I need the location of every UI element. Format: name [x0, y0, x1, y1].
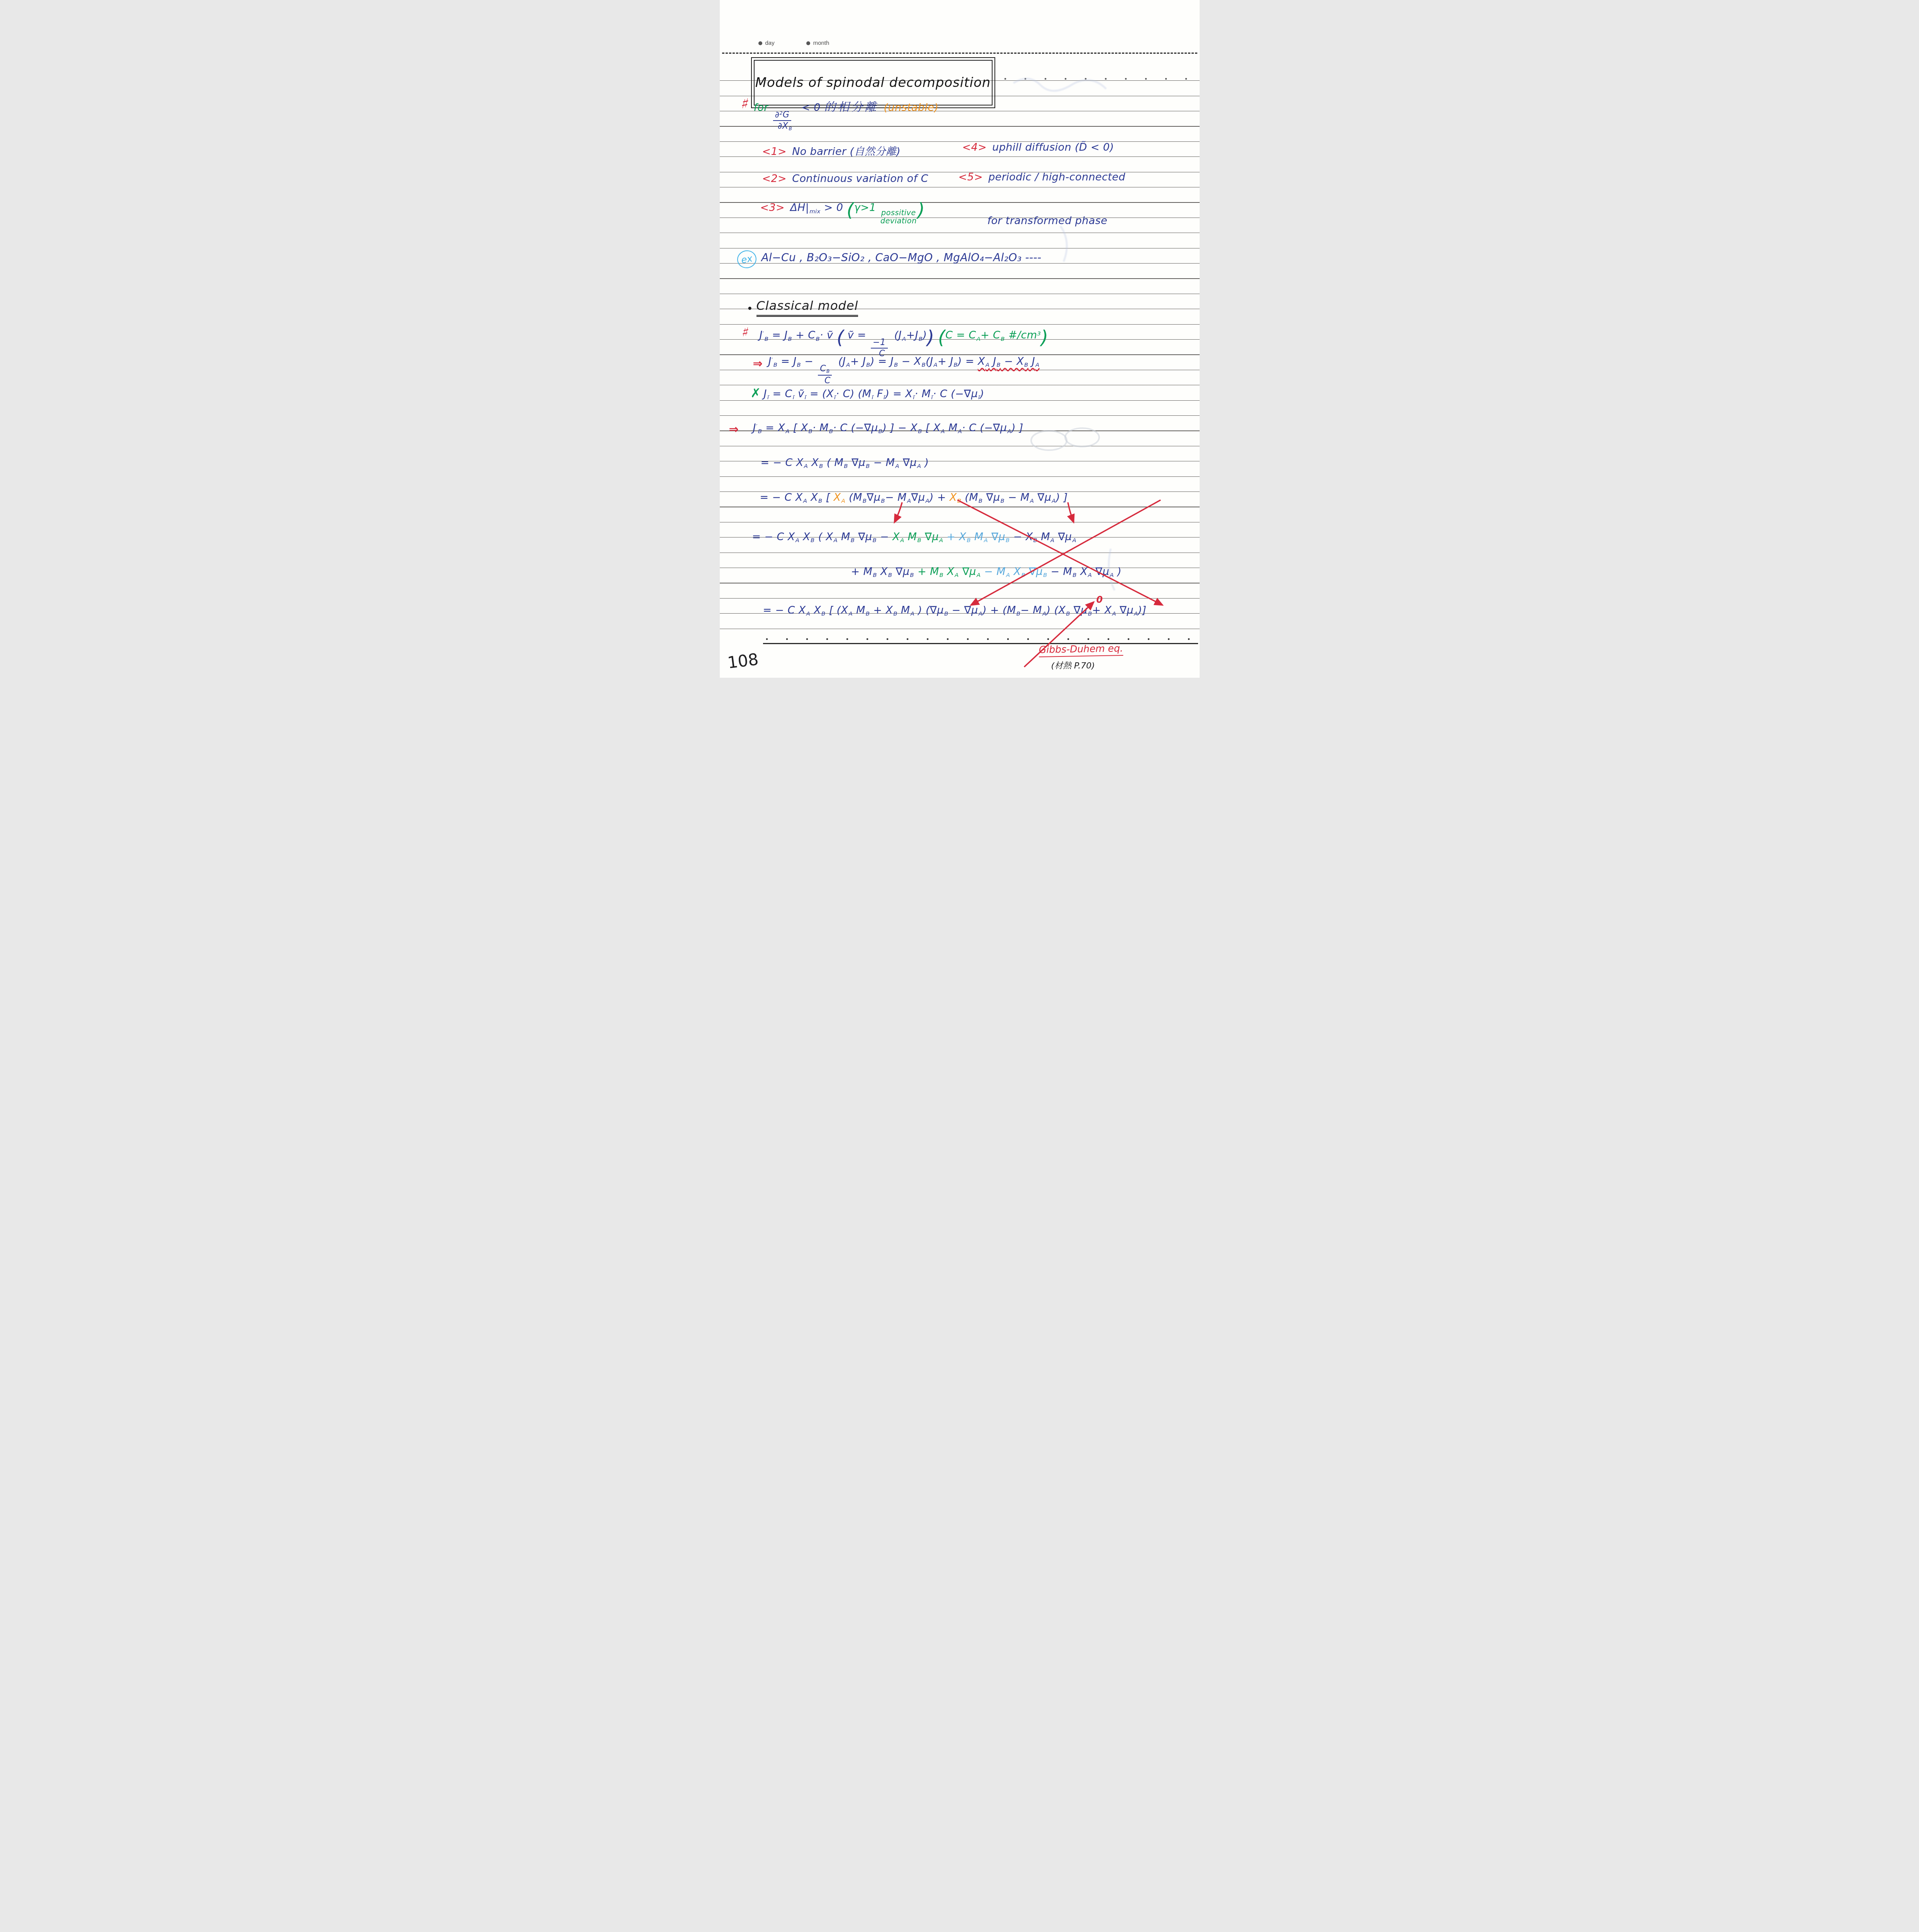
bullet-icon: •	[747, 302, 753, 315]
bottom-dotted-line	[765, 638, 1198, 641]
item-3-enthalpy: <3>ΔH|mix > 0 (γ>1 possitivedeviation)	[760, 199, 925, 225]
example-circle-label: ex	[736, 249, 758, 270]
item-5-continued: for transformed phase	[988, 215, 1108, 227]
eq-final-grouped: = − C XA XB [ (XA MB + XB MA ) (∇μB − ∇μ…	[763, 604, 1147, 617]
day-label: day	[765, 40, 775, 46]
cross-cancel-arrow-icon	[957, 500, 1163, 605]
cancel-arrow-icon	[1068, 502, 1074, 522]
zero-annotation: 0	[1096, 594, 1103, 605]
cancel-arrow-icon	[894, 502, 902, 522]
title-dotted-line	[1004, 77, 1197, 80]
example-compounds: Al−Cu , B₂O₃−SiO₂ , CaO−MgO , MgAlO₄−Al₂…	[761, 251, 1042, 264]
page-title: Models of spinodal decomposition	[755, 75, 991, 90]
eq-flux-expansion: J′B = JB − CBC(JA+ JB) = JB − XB(JA+ JB)…	[768, 355, 1040, 385]
pencil-loop-mark	[1031, 431, 1067, 450]
source-reference: (材熱 P.70)	[1051, 659, 1095, 671]
classical-model-heading: Classical model	[756, 298, 858, 317]
eq-factored: = − C XA XB ( MB ∇μB − MA ∇μA )	[761, 457, 929, 469]
pencil-loop-mark	[1065, 428, 1099, 447]
intro-condition-line: for ∂2G∂XB < 0 的相分離 (unstable)	[754, 97, 939, 131]
page-number: 108	[726, 650, 760, 672]
notebook-page: day month Models of spinodal decompositi…	[720, 0, 1200, 678]
item-4-uphill-diffusion: <4>uphill diffusion (D̃ < 0)	[962, 141, 1114, 153]
gibbs-duhem-label: Gibbs-Duhem eq.	[1039, 643, 1123, 657]
cross-mark-icon: ✗	[751, 386, 761, 400]
eq-split-xa-xb: = − C XA XB [ XA (MB∇μB− MA∇μA) + XB (MB…	[760, 492, 1068, 504]
eq-mobility-relation: Jī = Cī ṽī = (Xī· C) (Mī Fī) = Xī· Mī· C…	[764, 388, 984, 401]
item-5-periodic: <5>periodic / high-connected	[959, 171, 1125, 183]
eq-flux-definition: J′B = JB + CB· ṽ ( ṽ = −1C(JA+JB)) (C = …	[760, 327, 1049, 358]
dashed-separator	[722, 53, 1197, 54]
item-2-continuous-variation: <2>Continuous variation of C	[762, 173, 928, 185]
bleed-through-mark	[1013, 79, 1106, 91]
day-bullet-icon	[758, 41, 762, 45]
bottom-rule-line	[763, 643, 1198, 644]
eq-substituted: J′B = XA [ XB· MB· C (−∇μB) ] − XB [ XA …	[753, 422, 1023, 435]
cross-cancel-arrow-icon	[971, 500, 1161, 605]
section-mark-icon: ♯	[740, 324, 750, 341]
month-bullet-icon	[806, 41, 810, 45]
example-label: ex	[740, 253, 753, 266]
eq-expanded-terms-continued: + MB XB ∇μB + MB XA ∇μA − MA XB ∇μB − MB…	[851, 566, 1122, 578]
bleed-through-mark	[1061, 226, 1067, 262]
implies-arrow-icon: ⇒	[753, 357, 763, 371]
printed-header: day month	[758, 40, 829, 46]
month-label: month	[813, 40, 829, 46]
eq-expanded-terms: = − C XA XB ( XA MB ∇μB − XA MB ∇μA + XB…	[752, 531, 1077, 544]
item-1-no-barrier: <1>No barrier (自然分離)	[762, 143, 901, 158]
section-mark-icon: ♯	[739, 94, 750, 112]
implies-arrow-icon: ⇒	[729, 423, 739, 436]
